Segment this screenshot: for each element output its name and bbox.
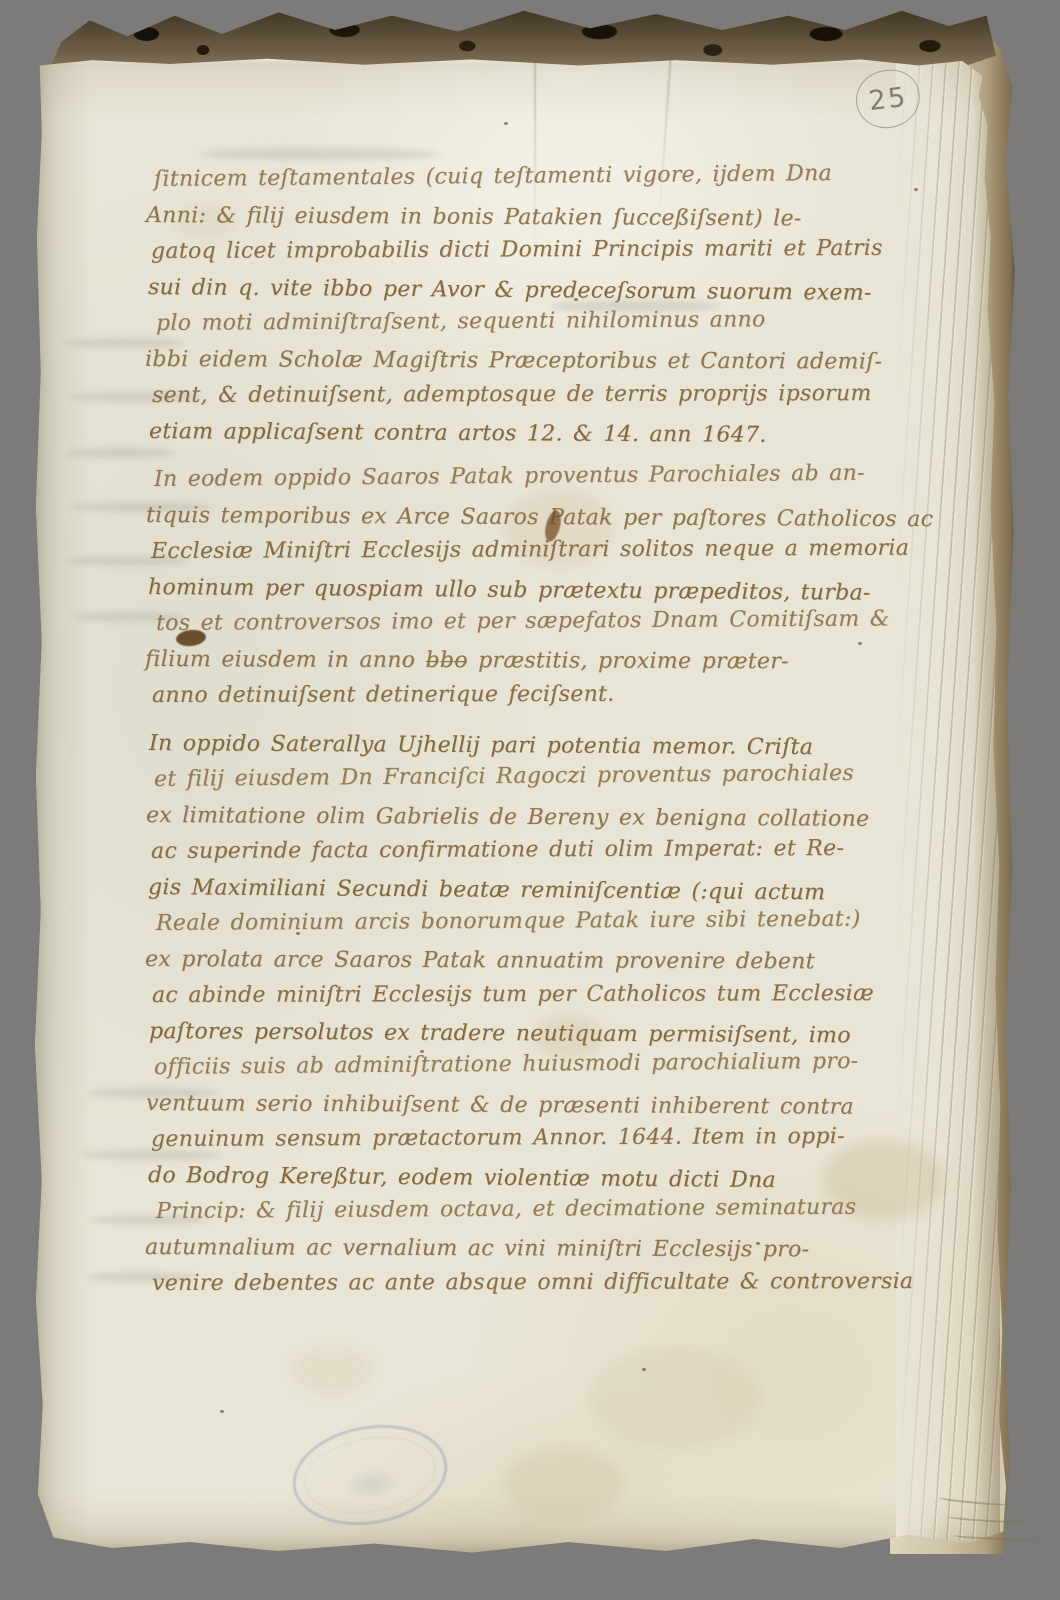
show-through-smudge (68, 556, 188, 566)
show-through-smudge (64, 338, 184, 348)
manuscript-page: 25 ſitnicem teſtamentales (cuiq teſtamen… (34, 58, 1006, 1554)
manuscript-line: sent, & detinuiſsent, ademptosque de ter… (152, 376, 958, 414)
manuscript-line: genuinum sensum prætactorum Annor. 1644.… (151, 1118, 957, 1158)
manuscript-photo: 25 ſitnicem teſtamentales (cuiq teſtamen… (0, 0, 1060, 1600)
manuscript-line: etiam applicaſsent contra artos 12. & 14… (149, 414, 955, 455)
paper-speck (296, 932, 300, 935)
show-through-smudge (82, 1150, 222, 1160)
manuscript-line: venire debentes ac ante absque omni diff… (152, 1264, 958, 1302)
foxing-stain (504, 488, 614, 568)
manuscript-line: filium eiusdem in anno b̶b̶o̶ præstitis,… (145, 642, 951, 681)
manuscript-paragraph: In oppido Saterallya Ujhellij pari poten… (148, 726, 954, 1302)
show-through-smudge (74, 612, 184, 622)
show-through-smudge (550, 300, 720, 312)
manuscript-line: anno detinuiſsent detinerique feciſsent. (152, 676, 958, 714)
manuscript-line: ibbi eidem Scholæ Magiſtris Præceptoribu… (145, 342, 951, 381)
manuscript-line: autumnalium ac vernalium ac vini miniſtr… (145, 1230, 951, 1269)
manuscript-line: ex prolata arce Saaros Patak annuatim pr… (145, 942, 951, 981)
paper-speck (698, 822, 702, 825)
foxing-stain (292, 1348, 372, 1394)
show-through-smudge (72, 502, 212, 512)
foxing-stain (174, 204, 234, 240)
paper-speck (858, 642, 862, 645)
foxing-stain (590, 1348, 760, 1448)
show-through-smudge (86, 1272, 196, 1282)
folio-number: 25 (867, 81, 909, 116)
manuscript-line: ac abinde miniſtri Ecclesijs tum per Cat… (152, 976, 958, 1014)
paper-speck (642, 1368, 646, 1371)
manuscript-line: Reale dominium arcis bonorumque Patak iu… (156, 901, 962, 942)
manuscript-line: ac superinde facta confirmatione duti ol… (151, 830, 957, 870)
foxing-stain (824, 1140, 944, 1220)
foxing-stain (534, 1014, 604, 1060)
show-through-smudge (200, 148, 440, 160)
paper-speck (220, 1410, 224, 1413)
show-through-smudge (70, 392, 200, 402)
show-through-smudge (90, 1215, 210, 1225)
foxing-stain (504, 1448, 624, 1518)
paper-speck (756, 1242, 760, 1245)
show-through-smudge (66, 448, 176, 458)
paper-speck (914, 188, 918, 191)
paper-speck (574, 298, 578, 301)
paper-speck (504, 122, 508, 125)
manuscript-line: et filij eiusdem Dn Franciſci Ragoczi pr… (154, 755, 960, 798)
manuscript-text: ſitnicem teſtamentales (cuiq teſtamenti … (148, 162, 954, 1314)
manuscript-line: gatoq licet improbabilis dicti Domini Pr… (151, 230, 957, 270)
manuscript-line: tos et controversos imo et per sæpefatos… (156, 601, 962, 642)
manuscript-line: ſitnicem teſtamentales (cuiq teſtamenti … (154, 155, 960, 198)
library-stamp (285, 1413, 456, 1537)
show-through-smudge (88, 1088, 218, 1098)
paper-speck (420, 1050, 424, 1053)
